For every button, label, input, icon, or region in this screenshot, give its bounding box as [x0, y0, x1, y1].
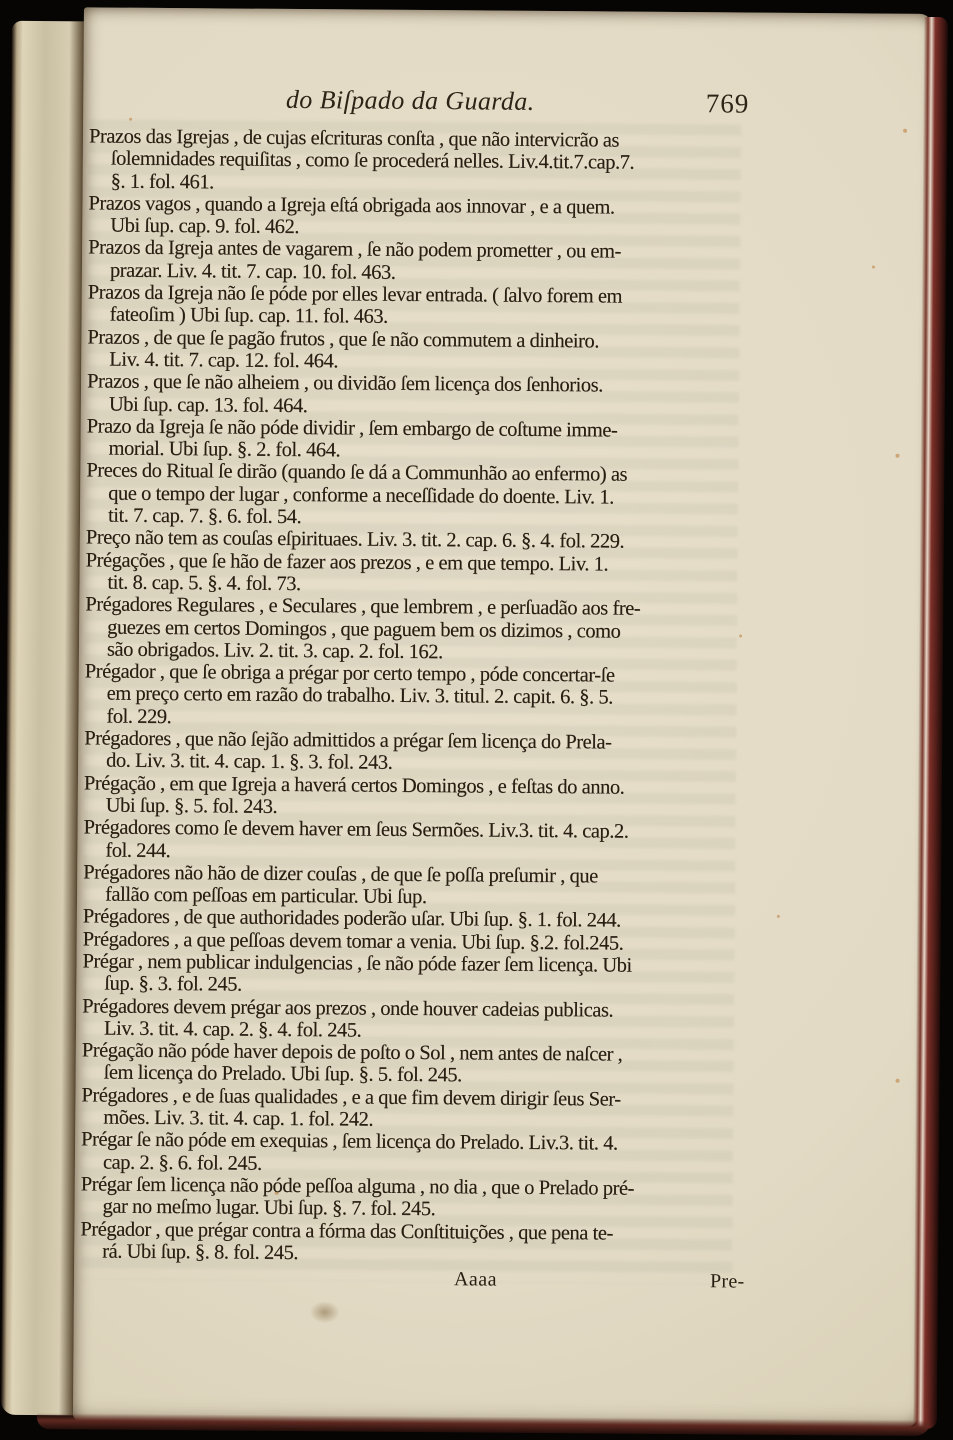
index-entry: Prégadores não hão de dizer couſas , de …	[83, 861, 725, 911]
signature-mark: Aaaa	[454, 1268, 497, 1291]
index-entry: Prégação não póde haver depois de poſto …	[82, 1040, 724, 1090]
index-entry: Prégadores , que não ſejão admittidos a …	[84, 727, 726, 777]
index-entry: Prégadores como ſe devem haver em ſeus S…	[83, 817, 725, 867]
index-entry: Prégadores , e de ſuas qualidades , e a …	[81, 1084, 723, 1134]
index-entry: Prazos , que ſe não alheiem , ou dividão…	[87, 371, 729, 421]
index-entry: Prégar , nem publicar indulgencias , ſe …	[82, 950, 724, 1000]
index-entry: Prégadores Regulares , e Seculares , que…	[85, 594, 728, 666]
index-entry: Prazos da Igreja não ſe póde por elles l…	[87, 281, 729, 331]
index-entry: Prazo da Igreja ſe não póde dividir , ſe…	[86, 415, 728, 465]
ink-speck	[895, 454, 899, 458]
book-spread: do Biſpado da Guarda. 769 Prazos das Igr…	[0, 7, 953, 1438]
index-entry: Prazos , de que ſe pagão frutos , que ſe…	[87, 326, 729, 376]
page-content: do Biſpado da Guarda. 769 Prazos das Igr…	[80, 83, 731, 1298]
index-entry: Prégador , que prégar contra a fórma das…	[80, 1218, 722, 1268]
index-entry: Prégação , em que Igreja a haverá certos…	[84, 772, 726, 822]
index-entry: Preces do Ritual ſe dirão (quando ſe dá …	[86, 460, 729, 532]
index-entry: Prégar ſem licença não póde peſſoa algum…	[80, 1173, 722, 1223]
index-entry: Prégações , que ſe hão de fazer aos prez…	[85, 549, 727, 599]
ink-speck	[739, 635, 742, 638]
ink-speck	[896, 1079, 900, 1083]
index-entry: Prazos das Igrejas , de cujas eſcrituras…	[89, 125, 732, 197]
entry-line: rá. Ubi ſup. §. 8. fol. 245.	[80, 1240, 722, 1267]
index-entry: Prégadores devem prégar aos prezos , ond…	[82, 995, 724, 1045]
page-footer: Aaaa Pre-	[80, 1265, 722, 1298]
running-head: do Biſpado da Guarda. 769	[89, 83, 731, 118]
ink-speck	[903, 129, 907, 133]
index-entry: Prégar ſe não póde em exequias , ſem lic…	[81, 1129, 723, 1179]
index-entries: Prazos das Igrejas , de cujas eſcrituras…	[80, 125, 731, 1267]
catchword: Pre-	[710, 1270, 745, 1293]
index-entry: Prazos vagos , quando a Igreja eſtá obri…	[88, 192, 730, 242]
index-entry: Prégador , que ſe obriga a prégar por ce…	[84, 660, 727, 732]
running-title: do Biſpado da Guarda.	[89, 83, 731, 118]
stain-spot	[310, 1301, 340, 1323]
index-entry: Prazos da Igreja antes de vagarem , ſe n…	[88, 237, 730, 287]
ink-speck	[777, 915, 780, 918]
page-number: 769	[706, 88, 750, 119]
left-page-stack-edge	[1, 21, 86, 1416]
book-page: do Biſpado da Guarda. 769 Prazos das Igr…	[73, 7, 932, 1428]
ink-speck	[872, 266, 875, 269]
